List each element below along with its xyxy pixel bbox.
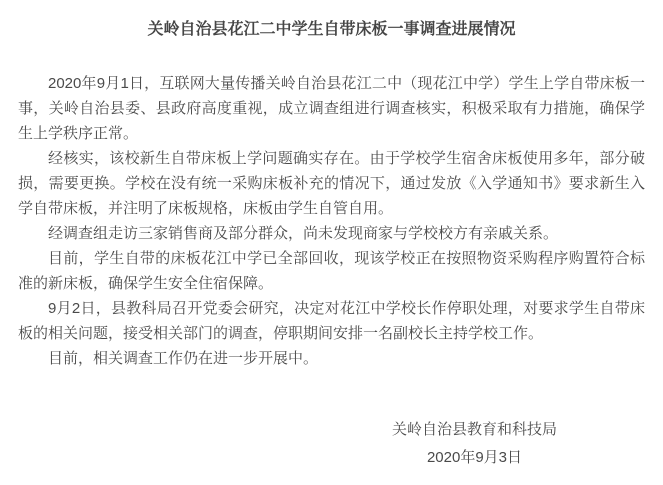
body-paragraph: 经核实，该校新生自带床板上学问题确实存在。由于学校学生宿舍床板使用多年，部分破损… xyxy=(18,146,645,221)
body-paragraph: 目前，学生自带的床板花江中学已全部回收，现该学校正在按照物资采购程序购置符合标准… xyxy=(18,246,645,296)
document-body: 2020年9月1日，互联网大量传播关岭自治县花江二中（现花江中学）学生上学自带床… xyxy=(0,71,663,371)
document-title: 关岭自治县花江二中学生自带床板一事调查进展情况 xyxy=(0,0,663,38)
body-paragraph: 经调查组走访三家销售商及部分群众，尚未发现商家与学校校方有亲戚关系。 xyxy=(18,221,645,246)
body-paragraph: 2020年9月1日，互联网大量传播关岭自治县花江二中（现花江中学）学生上学自带床… xyxy=(18,71,645,146)
body-paragraph: 目前，相关调查工作仍在进一步开展中。 xyxy=(18,346,645,371)
issue-date: 2020年9月3日 xyxy=(392,444,557,472)
body-paragraph: 9月2日，县教科局召开党委会研究，决定对花江中学校长作停职处理，对要求学生自带床… xyxy=(18,296,645,346)
announcement-document: 关岭自治县花江二中学生自带床板一事调查进展情况 2020年9月1日，互联网大量传… xyxy=(0,0,663,485)
issuer-signature: 关岭自治县教育和科技局 xyxy=(392,416,557,444)
signature-block: 关岭自治县教育和科技局 2020年9月3日 xyxy=(392,416,557,472)
